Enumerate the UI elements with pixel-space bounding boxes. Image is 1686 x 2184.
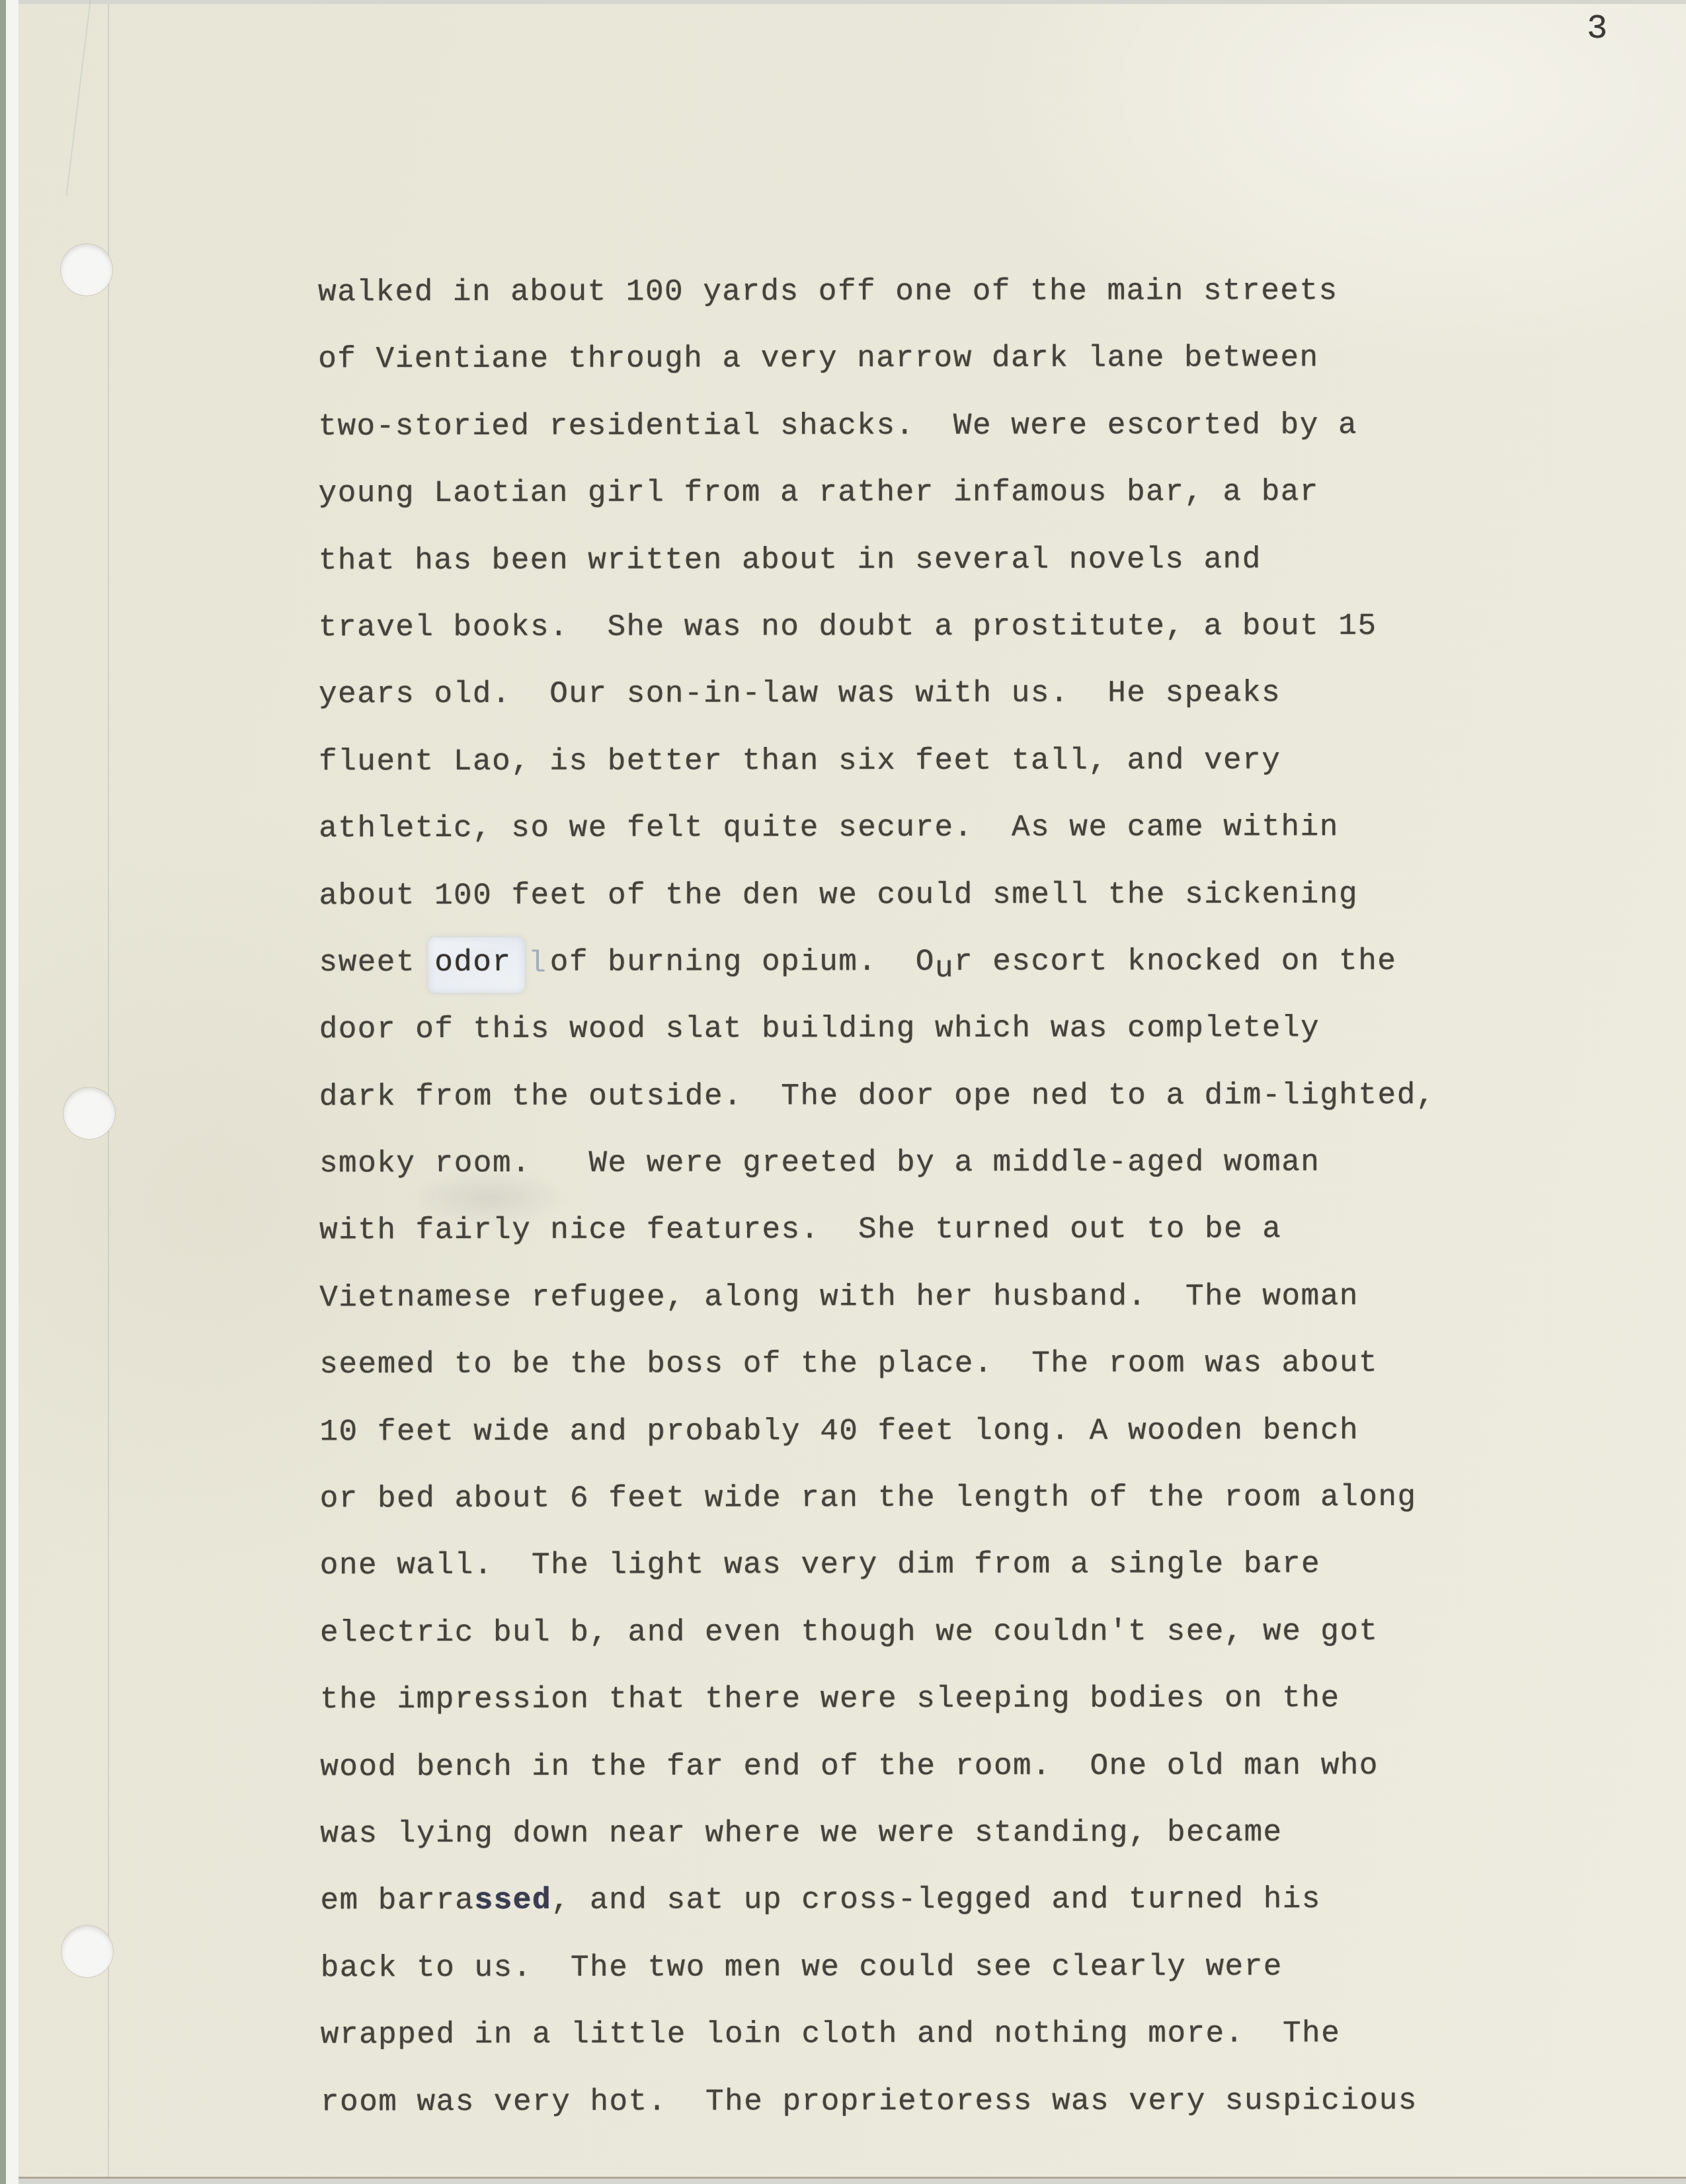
text-line: years old. Our son-in-law was with us. H… (319, 660, 1509, 728)
hole-punch-top (61, 244, 112, 295)
text-segment: of burning opium. O (512, 945, 935, 980)
hole-punch-bottom (61, 1926, 113, 1977)
text-line: smoky room. We were greeted by a middle-… (319, 1129, 1509, 1198)
text-line: 10 feet wide and probably 40 feet long. … (319, 1397, 1509, 1465)
text-line: sweet odorl of burning opium. Our escort… (319, 928, 1509, 997)
text-segment-patched: odorl (428, 937, 525, 993)
scanner-edge-dark (0, 0, 6, 2184)
text-line: with fairly nice features. She turned ou… (319, 1196, 1509, 1265)
whiteout-remnant-mark: l (528, 947, 547, 981)
text-line: back to us. The two men we could see cle… (321, 1933, 1511, 2002)
text-segment-lowered: u (935, 951, 954, 986)
text-line: that has been written about in several n… (319, 526, 1509, 594)
typed-text: walked in about 100 yards off one of the… (318, 258, 1511, 2136)
text-line: em barrassed, and sat up cross-legged an… (320, 1866, 1510, 1935)
text-line: the impression that there were sleeping … (320, 1665, 1510, 1734)
text-line: room was very hot. The proprietoress was… (321, 2067, 1511, 2136)
text-line: dark from the outside. The door ope ned … (319, 1062, 1509, 1130)
paper-sheet: 3 walked in about 100 yards off one of t… (19, 4, 1686, 2177)
paper-crease-line (108, 4, 109, 2177)
text-segment-overstruck: ssed (474, 1883, 551, 1918)
text-line: fluent Lao, is better than six feet tall… (319, 726, 1509, 795)
text-line: electric bul b, and even though we could… (320, 1598, 1510, 1667)
scanner-background: 3 walked in about 100 yards off one of t… (0, 0, 1686, 2184)
scanner-edge-light (6, 0, 19, 2184)
text-line: door of this wood slat building which wa… (319, 995, 1509, 1064)
text-line: one wall. The light was very dim from a … (320, 1531, 1510, 1600)
text-line: seemed to be the boss of the place. The … (319, 1330, 1509, 1399)
text-line: about 100 feet of the den we could smell… (319, 861, 1509, 929)
text-line: was lying down near where we were standi… (320, 1799, 1510, 1868)
text-line: or bed about 6 feet wide ran the length … (320, 1464, 1510, 1533)
text-segment: em barra (320, 1883, 474, 1918)
text-line: young Laotian girl from a rather infamou… (318, 459, 1508, 527)
text-line: Vietnamese refugee, along with her husba… (319, 1263, 1509, 1332)
paper-crease-top (65, 0, 91, 196)
text-segment: r escort knocked on the (954, 944, 1396, 979)
text-line: wood bench in the far end of the room. O… (320, 1732, 1510, 1801)
text-line: of Vientiane through a very narrow dark … (318, 325, 1508, 393)
text-segment: sweet (319, 945, 434, 980)
hole-punch-middle (63, 1087, 115, 1139)
page-number: 3 (1587, 12, 1607, 46)
text-line: travel books. She was no doubt a prostit… (319, 593, 1509, 662)
text-line: walked in about 100 yards off one of the… (318, 258, 1508, 327)
text-line: athletic, so we felt quite secure. As we… (319, 794, 1509, 863)
text-line: wrapped in a little loin cloth and nothi… (321, 2000, 1511, 2069)
text-line: two-storied residential shacks. We were … (318, 392, 1508, 461)
text-segment: , and sat up cross-legged and turned his (551, 1883, 1321, 1918)
